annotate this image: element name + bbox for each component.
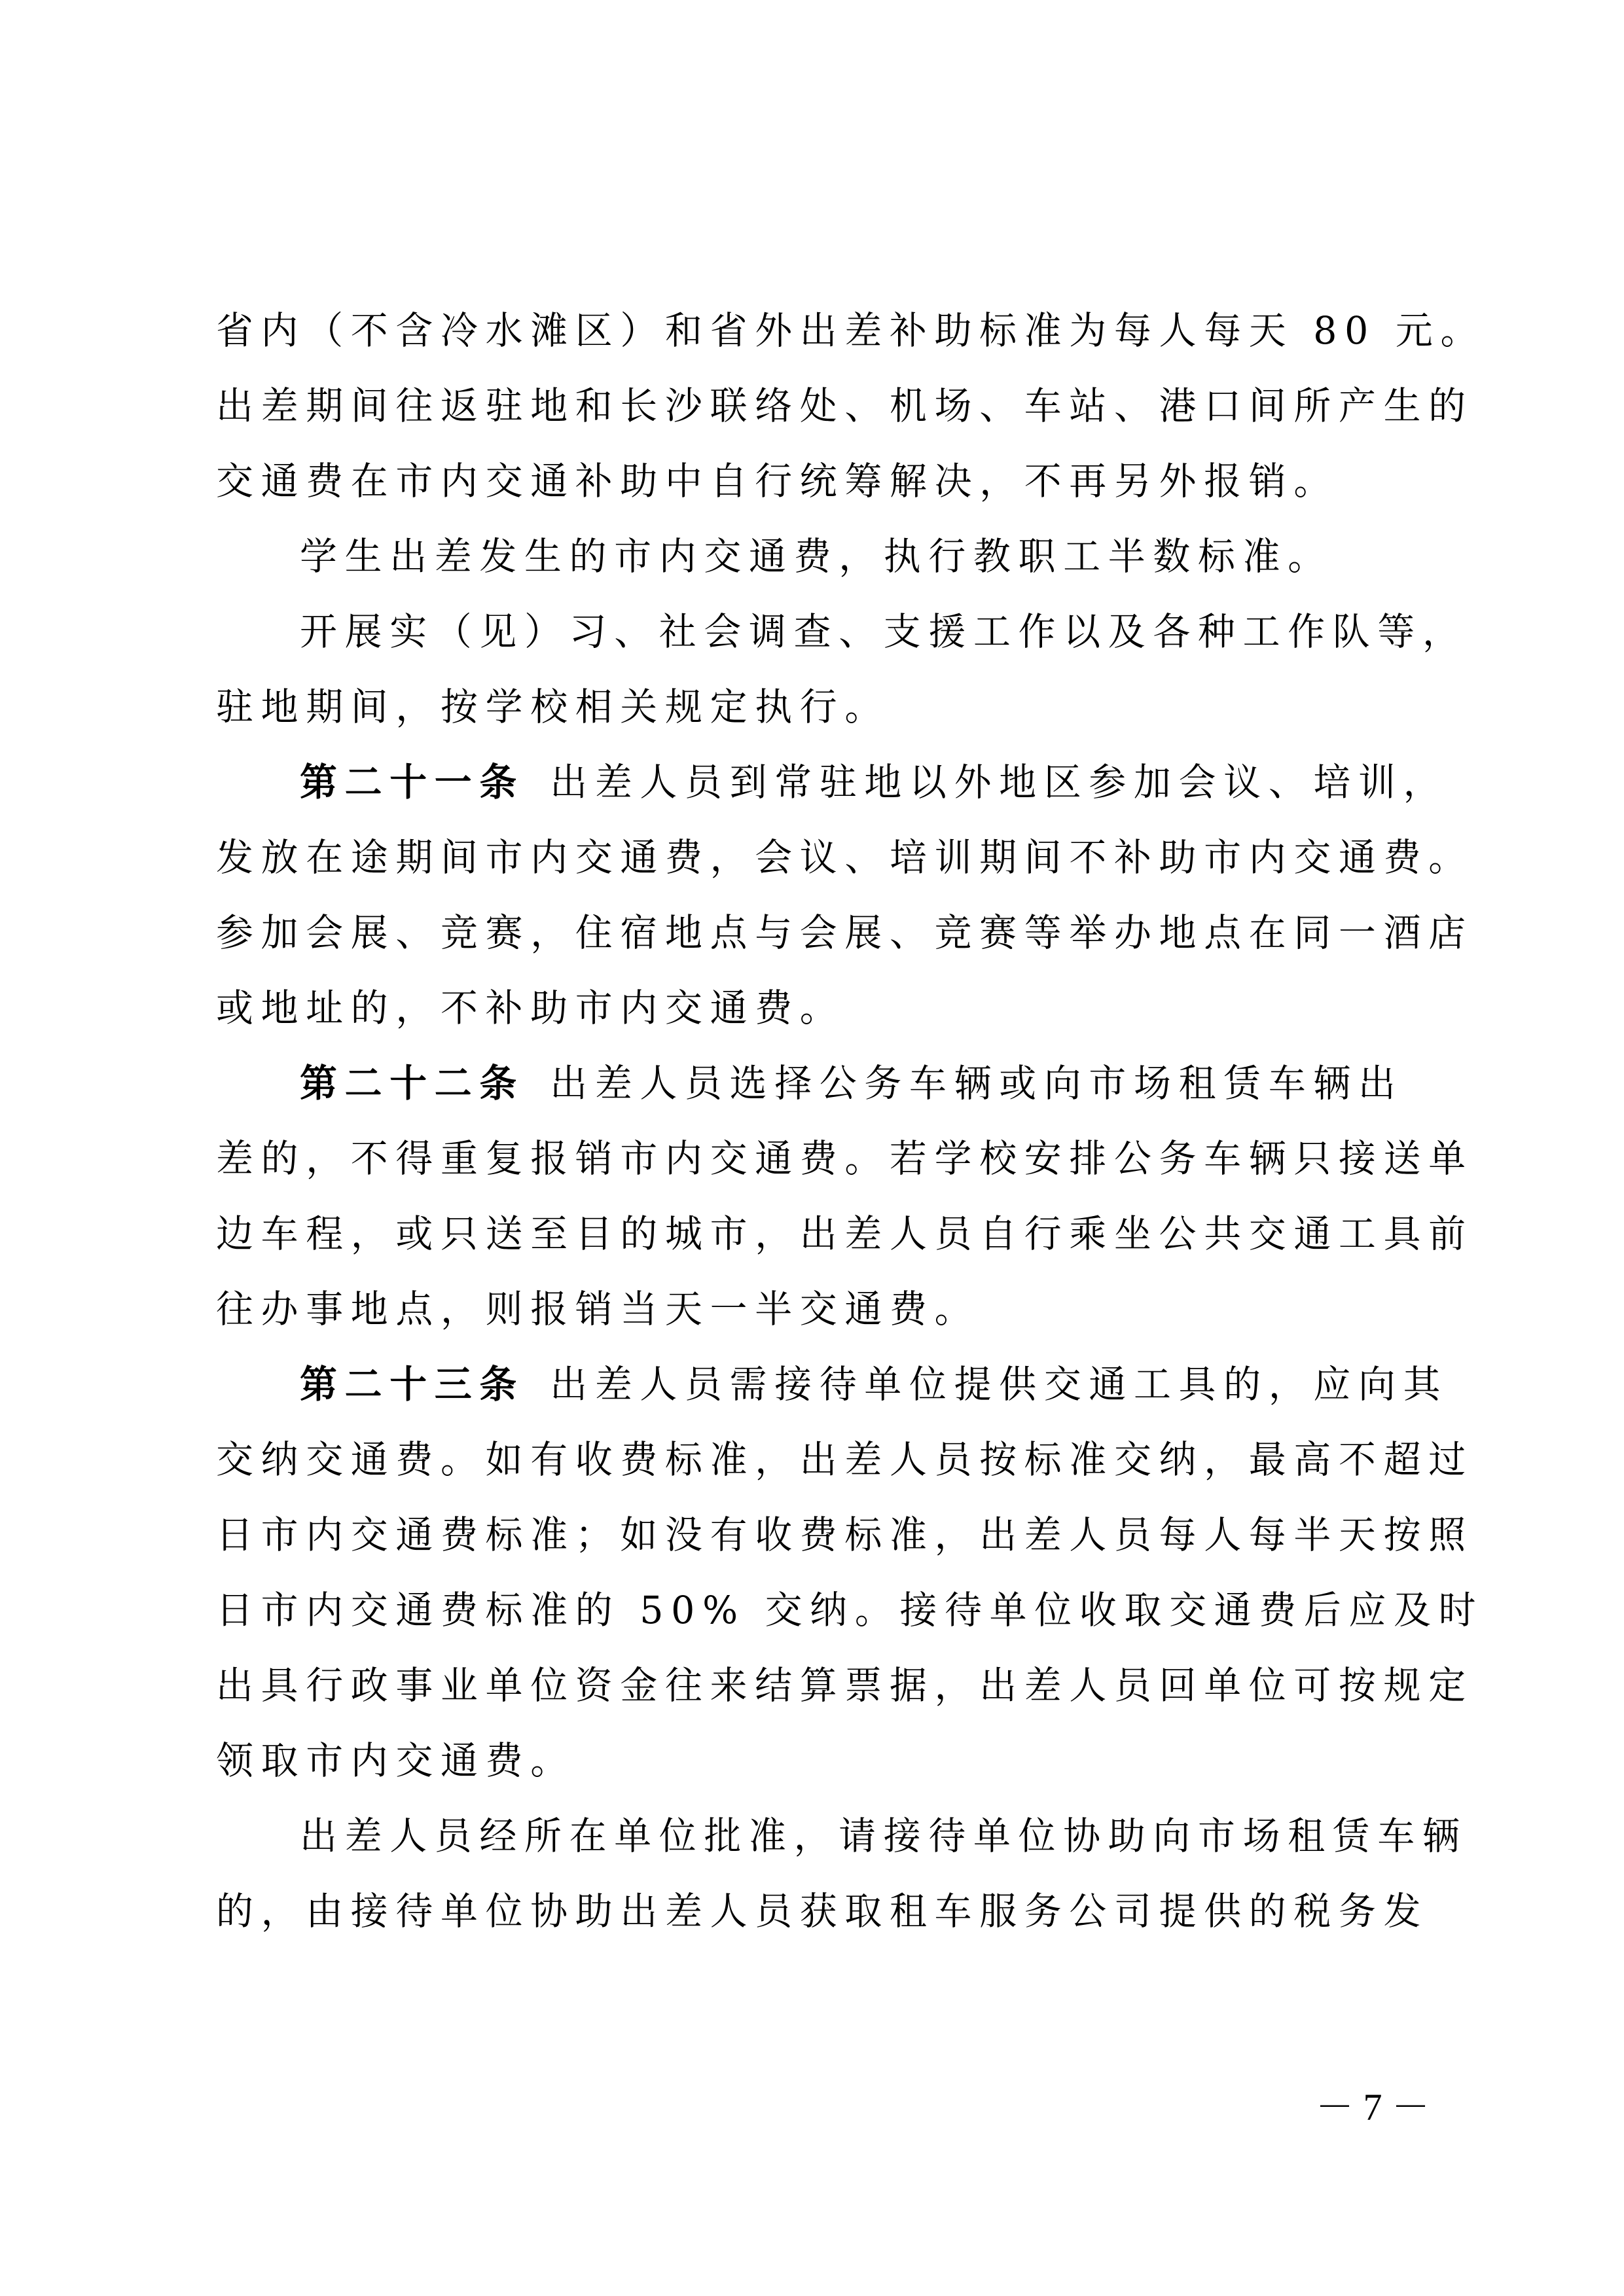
line-text: 出差人员到常驻地以外地区参加会议、培训， (550, 760, 1448, 804)
article-paragraph-line: 第二十一条出差人员到常驻地以外地区参加会议、培训， (300, 756, 1448, 808)
line-text: 驻地期间，按学校相关规定执行。 (216, 685, 890, 729)
line-text: 发放在途期间市内交通费，会议、培训期间不补助市内交通费。 (216, 835, 1473, 880)
paragraph-line: 日市内交通费标准的 50% 交纳。接待单位收取交通费后应及时 (216, 1584, 1483, 1636)
line-text: 出差人员需接待单位提供交通工具的，应向其 (550, 1362, 1448, 1407)
article-paragraph-line: 第二十三条出差人员需接待单位提供交通工具的，应向其 (300, 1358, 1448, 1410)
paragraph-line: 差的，不得重复报销市内交通费。若学校安排公务车辆只接送单 (216, 1132, 1473, 1185)
line-text: 交纳交通费。如有收费标准，出差人员按标准交纳，最高不超过 (216, 1437, 1473, 1482)
line-text: 出差人员选择公务车辆或向市场租赁车辆出 (550, 1061, 1403, 1105)
line-text: 出差人员经所在单位批准，请接待单位协助向市场租赁车辆 (300, 1814, 1468, 1858)
article-paragraph-line: 第二十二条出差人员选择公务车辆或向市场租赁车辆出 (300, 1057, 1403, 1109)
line-text: 日市内交通费标准的 50% 交纳。接待单位收取交通费后应及时 (216, 1588, 1483, 1632)
paragraph-line: 发放在途期间市内交通费，会议、培训期间不补助市内交通费。 (216, 831, 1473, 884)
paragraph-line: 参加会展、竞赛，住宿地点与会展、竞赛等举办地点在同一酒店 (216, 906, 1473, 959)
paragraph-line: 出具行政事业单位资金往来结算票据，出差人员回单位可按规定 (216, 1659, 1473, 1712)
paragraph-line: 开展实（见）习、社会调查、支援工作以及各种工作队等， (300, 605, 1468, 658)
page-number: － 7 － (1316, 2076, 1430, 2131)
paragraph-line: 出差期间往返驻地和长沙联络处、机场、车站、港口间所产生的 (216, 380, 1473, 432)
line-text: 省内（不含冷水滩区）和省外出差补助标准为每人每天 80 元。 (216, 308, 1485, 353)
paragraph-line: 日市内交通费标准；如没有收费标准，出差人员每人每半天按照 (216, 1509, 1473, 1561)
paragraph-line: 或地址的，不补助市内交通费。 (216, 982, 844, 1034)
paragraph-line: 出差人员经所在单位批准，请接待单位协助向市场租赁车辆 (300, 1810, 1468, 1862)
paragraph-line: 领取市内交通费。 (216, 1734, 575, 1787)
line-text: 日市内交通费标准；如没有收费标准，出差人员每人每半天按照 (216, 1513, 1473, 1557)
article-heading: 第二十三条 (300, 1362, 524, 1407)
article-heading: 第二十二条 (300, 1061, 524, 1105)
line-text: 参加会展、竞赛，住宿地点与会展、竞赛等举办地点在同一酒店 (216, 910, 1473, 955)
paragraph-line: 交纳交通费。如有收费标准，出差人员按标准交纳，最高不超过 (216, 1433, 1473, 1486)
paragraph-line: 的，由接待单位协助出差人员获取租车服务公司提供的税务发 (216, 1885, 1428, 1937)
line-text: 差的，不得重复报销市内交通费。若学校安排公务车辆只接送单 (216, 1136, 1473, 1181)
line-text: 边车程，或只送至目的城市，出差人员自行乘坐公共交通工具前 (216, 1211, 1473, 1256)
paragraph-line: 学生出差发生的市内交通费，执行教职工半数标准。 (300, 530, 1333, 583)
paragraph-line: 边车程，或只送至目的城市，出差人员自行乘坐公共交通工具前 (216, 1208, 1473, 1260)
line-text: 的，由接待单位协助出差人员获取租车服务公司提供的税务发 (216, 1889, 1428, 1933)
line-text: 或地址的，不补助市内交通费。 (216, 986, 844, 1030)
line-text: 往办事地点，则报销当天一半交通费。 (216, 1287, 979, 1331)
paragraph-line: 往办事地点，则报销当天一半交通费。 (216, 1283, 979, 1335)
paragraph-line: 驻地期间，按学校相关规定执行。 (216, 681, 890, 733)
paragraph-line: 交通费在市内交通补助中自行统筹解决，不再另外报销。 (216, 455, 1339, 507)
line-text: 学生出差发生的市内交通费，执行教职工半数标准。 (300, 534, 1333, 579)
line-text: 交通费在市内交通补助中自行统筹解决，不再另外报销。 (216, 459, 1339, 503)
line-text: 开展实（见）习、社会调查、支援工作以及各种工作队等， (300, 609, 1468, 654)
line-text: 出差期间往返驻地和长沙联络处、机场、车站、港口间所产生的 (216, 384, 1473, 428)
line-text: 出具行政事业单位资金往来结算票据，出差人员回单位可按规定 (216, 1663, 1473, 1708)
line-text: 领取市内交通费。 (216, 1738, 575, 1783)
paragraph-line: 省内（不含冷水滩区）和省外出差补助标准为每人每天 80 元。 (216, 304, 1485, 357)
article-heading: 第二十一条 (300, 760, 524, 804)
